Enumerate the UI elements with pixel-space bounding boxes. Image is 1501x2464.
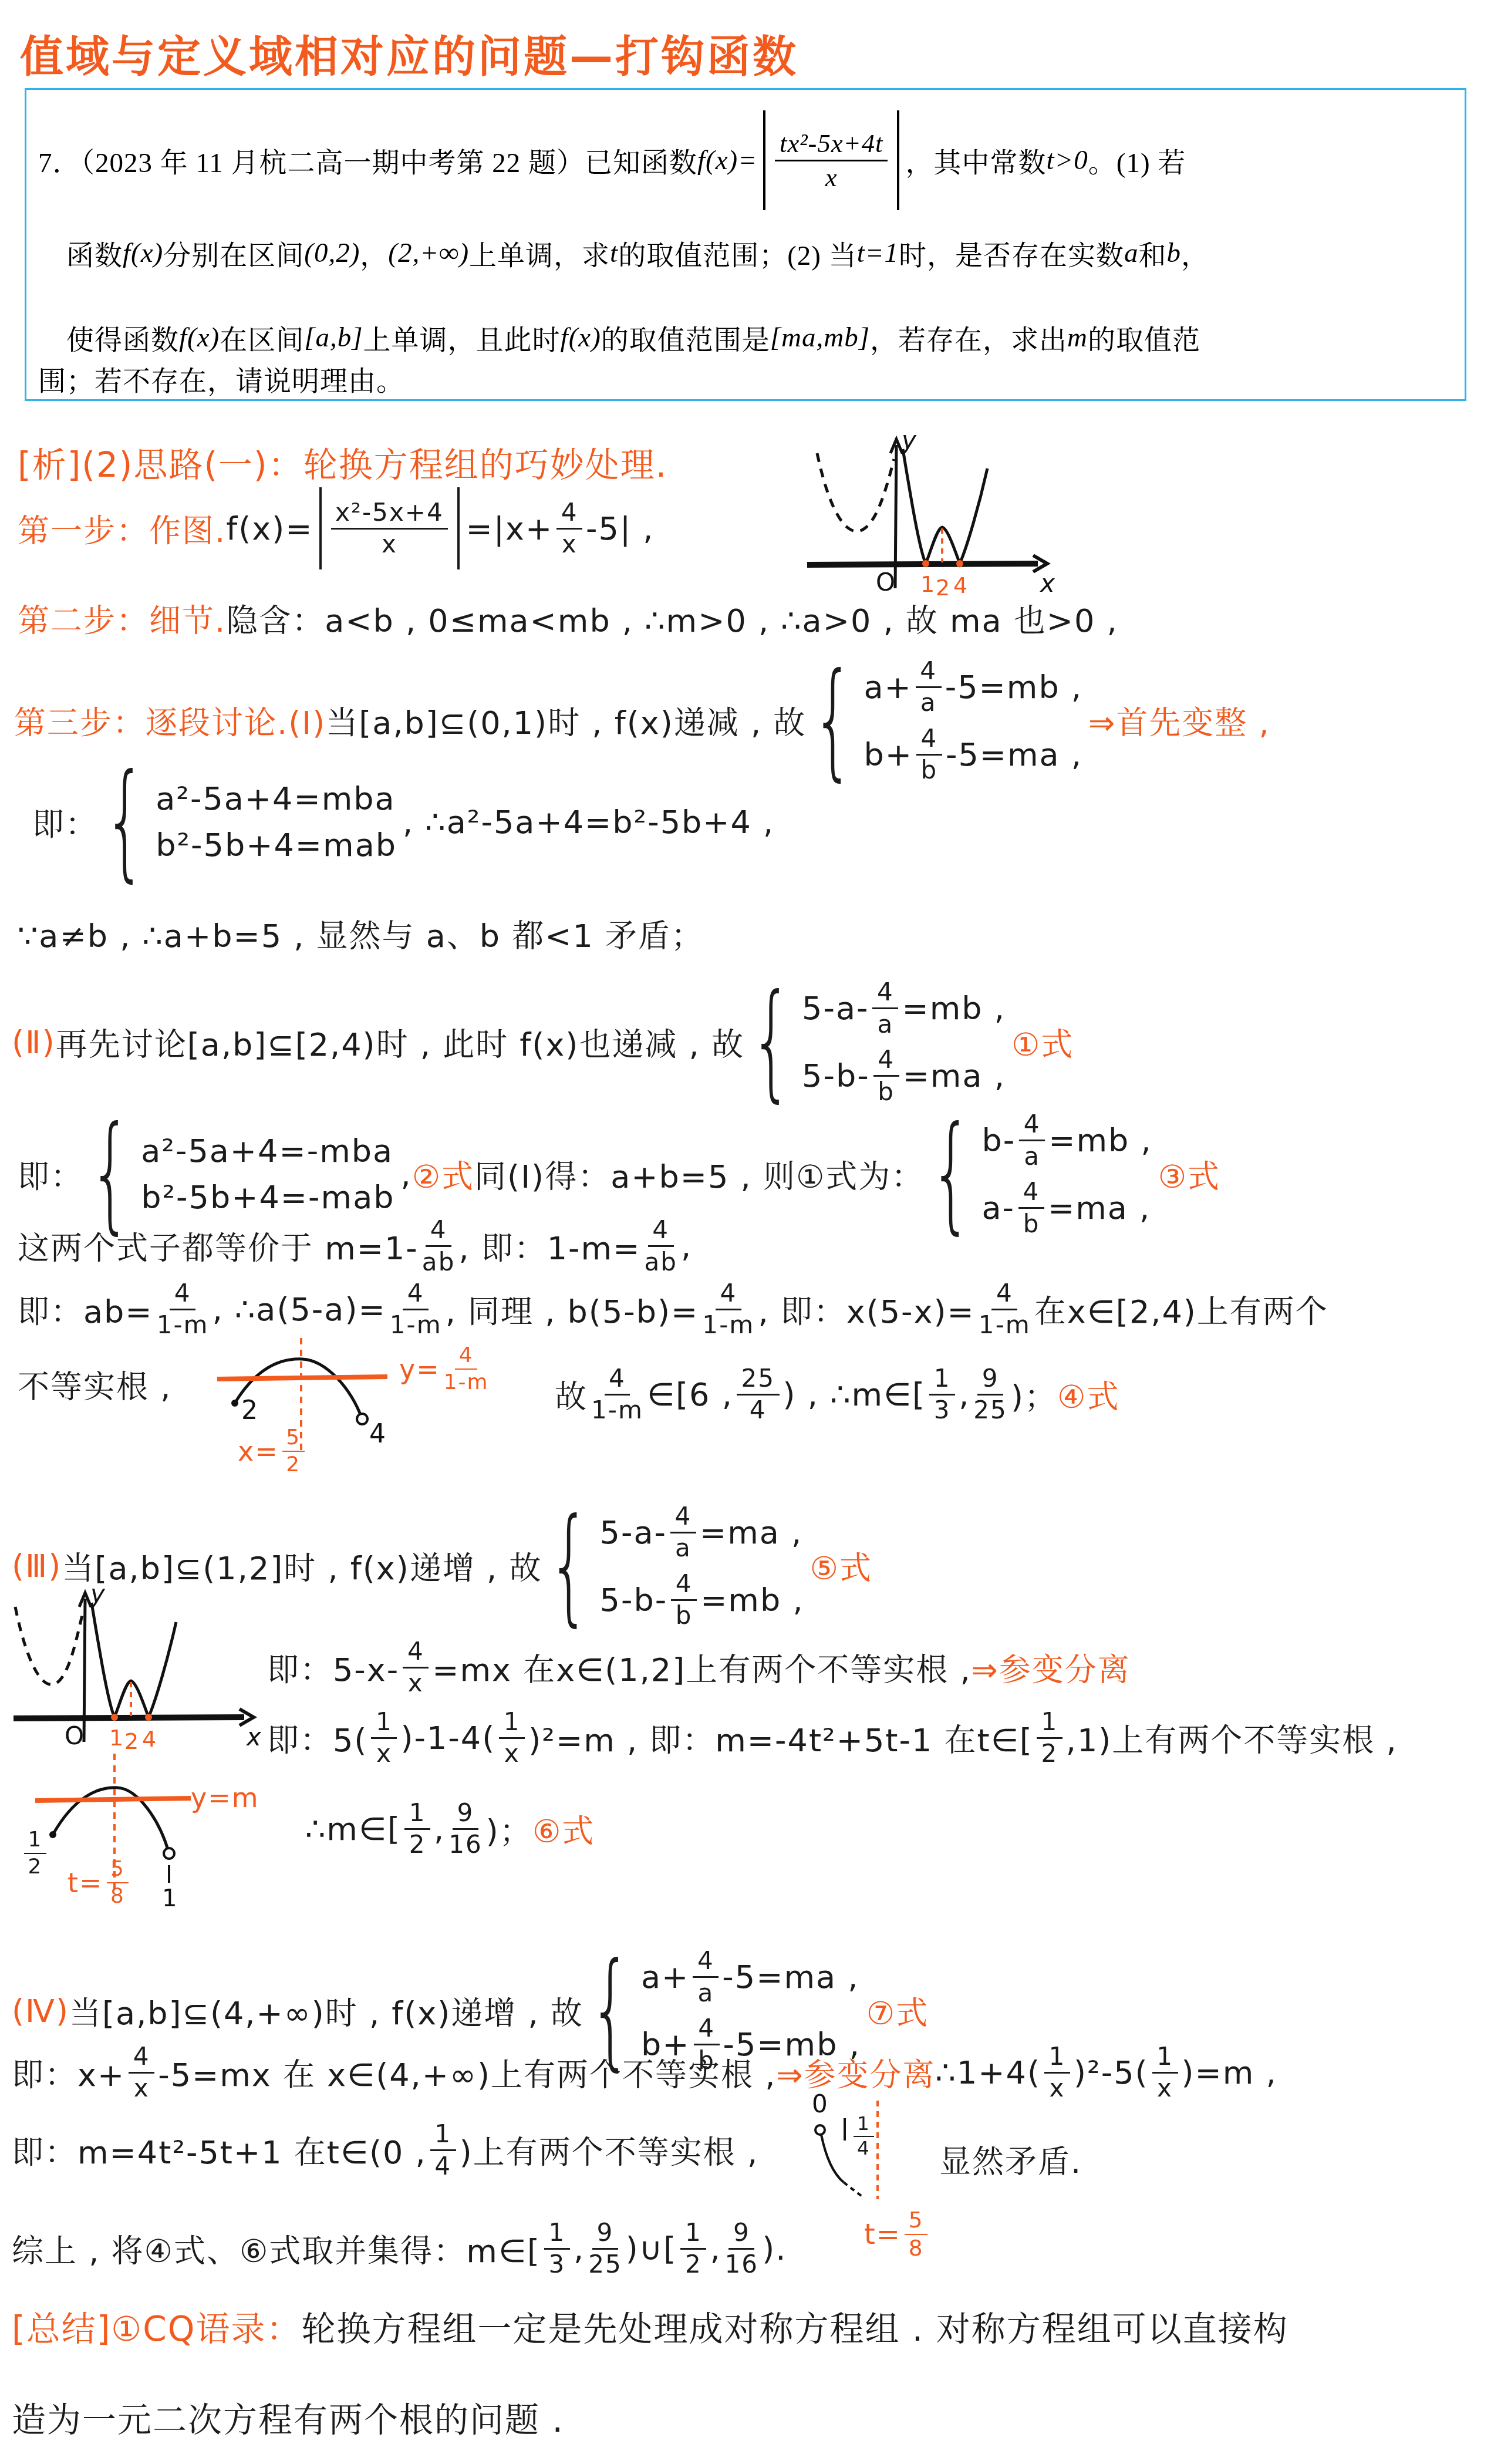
contradiction-line: 显然矛盾. xyxy=(939,2137,1082,2182)
dashed-parabola xyxy=(817,453,894,531)
svg-text:2: 2 xyxy=(124,1728,139,1754)
case4-quadratic-line: 即：m=4t²-5t+1 在t∈(0 ,14)上有两个不等实根 , xyxy=(12,2114,758,2187)
hand-graph-checkmark-2: O y x 1 2 4 xyxy=(11,1582,263,1758)
roots-line: 不等实根 , xyxy=(18,1362,171,1407)
svg-text:4: 4 xyxy=(953,572,967,598)
page-title: 值域与定义域相对应的问题—打钩函数 xyxy=(20,22,798,85)
problem-line-4: 围；若不存在，请说明理由。 xyxy=(38,361,404,396)
svg-text:O: O xyxy=(876,568,895,596)
svg-text:4: 4 xyxy=(369,1419,386,1449)
hand-graph-parabola-24: 2 4 xyxy=(203,1330,414,1471)
svg-text:1: 1 xyxy=(109,1725,123,1751)
case3-substitution-line: 即：5(1x)-1-4(1x)²=m , 即：m=-4t²+5t-1 在t∈[1… xyxy=(267,1703,1398,1773)
problem-line-1: 7．（2023 年 11 月杭二高一期中考第 22 题）已知函数 f(x)=tx… xyxy=(38,102,1186,219)
svg-text:1: 1 xyxy=(162,1885,177,1912)
graph2-hline-label: y=41-m xyxy=(399,1344,492,1394)
case3-equation-line: 即：5-x-4x=mx 在x∈(1,2]上有两个不等实根 , ⇒参变分离 xyxy=(267,1635,1131,1700)
graph4-left-label: 12 xyxy=(21,1829,50,1878)
svg-text:4: 4 xyxy=(142,1726,156,1752)
t-five-eighths-label: t=58 xyxy=(864,2209,931,2260)
graph2-vline-label: x=52 xyxy=(238,1427,308,1476)
worksheet-page: 值域与定义域相对应的问题—打钩函数 7．（2023 年 11 月杭二高一期中考第… xyxy=(0,0,1501,2464)
svg-text:0: 0 xyxy=(812,2089,828,2118)
graph4-vline-label: t=58 xyxy=(68,1858,132,1907)
svg-text:x: x xyxy=(1039,569,1055,598)
range6-line: ∴m∈[12,916)； ⑥式 xyxy=(305,1788,595,1870)
svg-text:y: y xyxy=(900,426,917,454)
hand-graph-checkmark-1: O y x 1 2 4 xyxy=(804,429,1057,605)
svg-text:1: 1 xyxy=(920,571,935,597)
step1-line: 第一步：作图. f(x)=x²-5x+4x=|x+4x-5| , xyxy=(18,470,654,587)
case1-system-line: 即：{a²-5a+4=mbab²-5b+4=mab , ∴a²-5a+4=b²-… xyxy=(32,760,774,884)
problem-line-3: 使得函数 f(x) 在区间 [a,b] 上单调，且此时 f(x) 的取值范围是 … xyxy=(66,320,1200,355)
case1-conclusion-line: ∵a≠b , ∴a+b=5 , 显然与 a、b 都<1 矛盾； xyxy=(18,911,704,956)
case4-equation-line: 即：x+4x-5=mx 在 x∈(4,+∞)上有两个不等实根 , ⇒参变分离 ∴… xyxy=(12,2037,1277,2108)
svg-text:y: y xyxy=(89,1579,106,1608)
problem-line-2: 函数 f(x) 分别在区间 (0,2)，(2,+∞) 上单调，求 t 的取值范围… xyxy=(66,235,1209,271)
equivalence-line: 这两个式子都等价于 m=1-4ab , 即：1-m=4ab , xyxy=(18,1215,692,1277)
svg-text:x: x xyxy=(245,1723,262,1751)
graph5-tick-label: 14 xyxy=(850,2114,878,2159)
step2-line: 第二步：细节. 隐含：a<b , 0≤ma<mb , ∴m>0 , ∴a>0 ,… xyxy=(18,596,1118,641)
case2-line: (Ⅱ)再先讨论[a,b]⊆[2,4)时 , 此时 f(x)也递减 , 故{5-a… xyxy=(12,972,1074,1113)
problem-box: 7．（2023 年 11 月杭二高一期中考第 22 题）已知函数 f(x)=tx… xyxy=(25,88,1466,401)
svg-text:2: 2 xyxy=(241,1396,258,1425)
graph4-hline-label: y=m xyxy=(191,1782,259,1814)
summary-line-2: 造为一元二次方程有两个根的问题 . xyxy=(12,2392,564,2442)
range4-line: 故41-m∈[6 ,254) , ∴m∈[13,925)； ④式 xyxy=(555,1350,1119,1438)
dashed-parabola xyxy=(15,1607,83,1684)
summary-line-1: [总结]①CQ语录：轮换方程组一定是先处理成对称方程组 . 对称方程组可以直接构 xyxy=(12,2301,1289,2351)
union-conclusion-line: 综上 , 将④式、⑥式取并集得：m∈[13,925)∪[12,916). xyxy=(12,2210,787,2287)
svg-text:O: O xyxy=(65,1721,84,1750)
